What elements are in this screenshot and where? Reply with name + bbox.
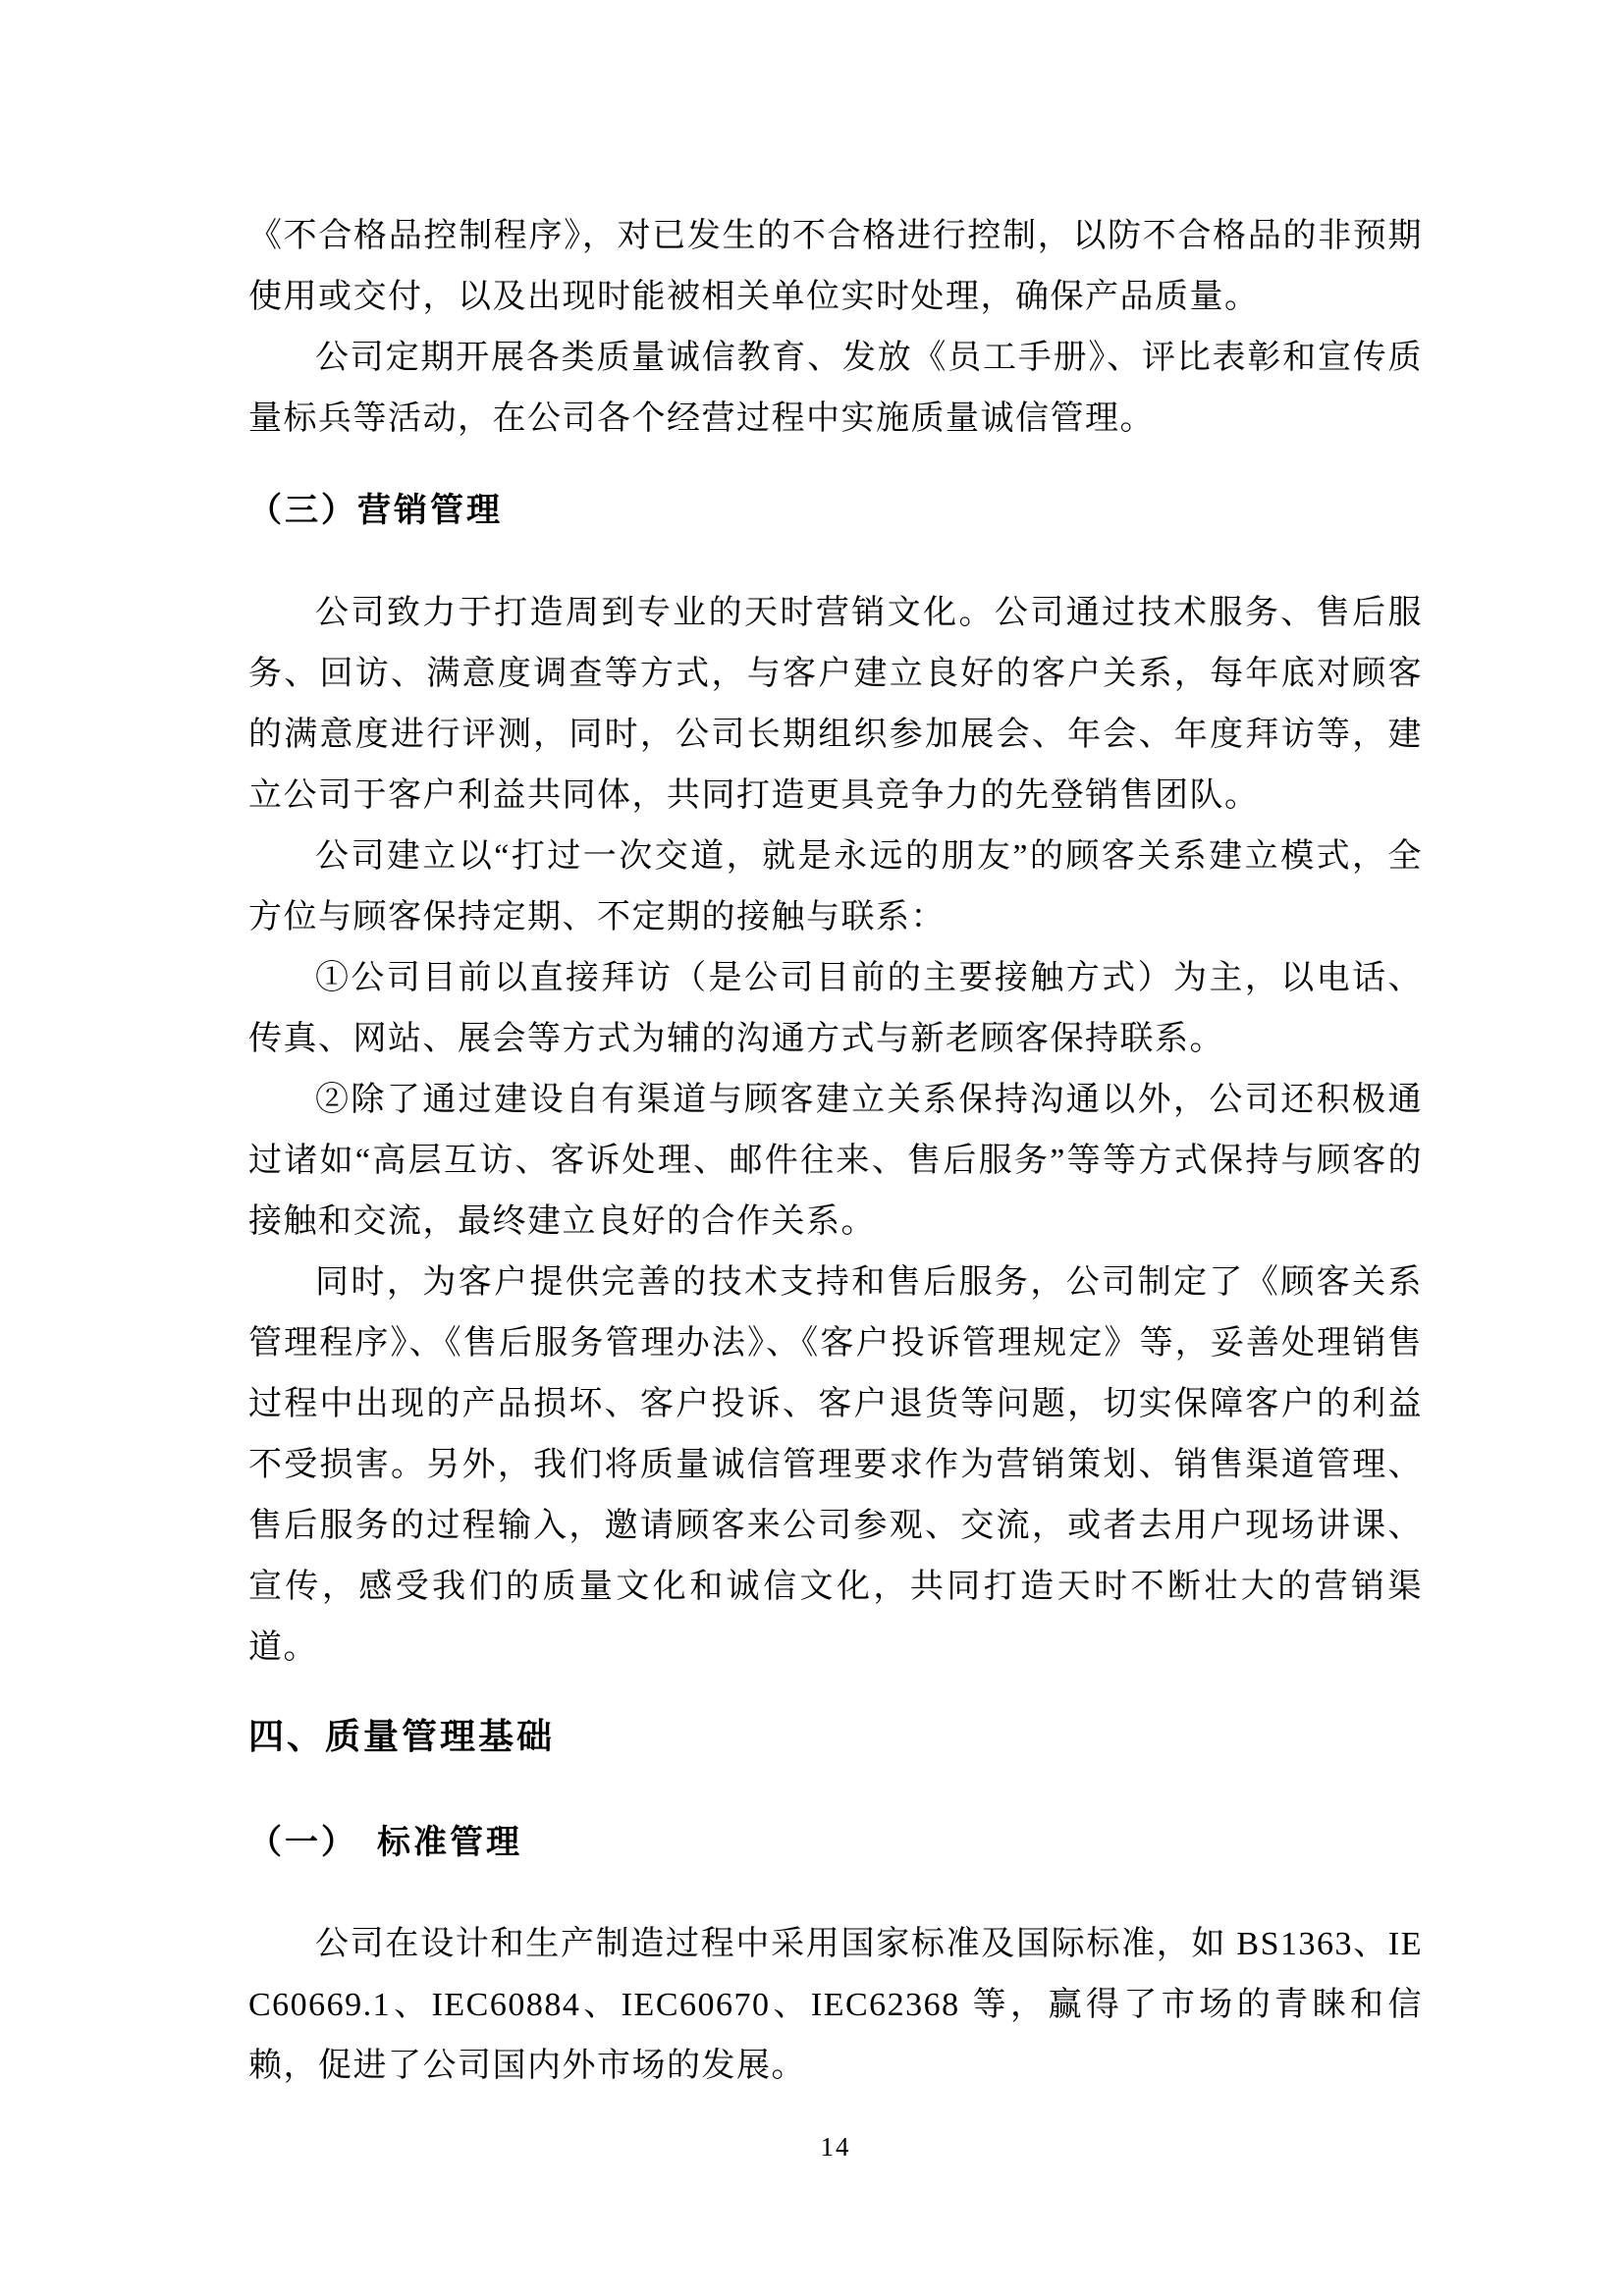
- document-body: 《不合格品控制程序》，对已发生的不合格进行控制，以防不合格品的非预期使用或交付，…: [248, 206, 1423, 2097]
- section-heading-marketing-management: （三）营销管理: [248, 480, 1423, 541]
- body-paragraph: 同时，为客户提供完善的技术支持和售后服务，公司制定了《顾客关系管理程序》、《售后…: [248, 1253, 1423, 1679]
- body-paragraph-item-1: ①公司目前以直接拜访（是公司目前的主要接触方式）为主，以电话、传真、网站、展会等…: [248, 948, 1423, 1070]
- section-heading-standards-management: （一） 标准管理: [248, 1812, 1423, 1873]
- document-page: 《不合格品控制程序》，对已发生的不合格进行控制，以防不合格品的非预期使用或交付，…: [0, 0, 1624, 2296]
- body-paragraph: 公司建立以“打过一次交道，就是永远的朋友”的顾客关系建立模式，全方位与顾客保持定…: [248, 827, 1423, 948]
- body-paragraph: 公司致力于打造周到专业的天时营销文化。公司通过技术服务、售后服务、回访、满意度调…: [248, 583, 1423, 827]
- page-number: 14: [248, 2132, 1423, 2163]
- body-paragraph-continued: 《不合格品控制程序》，对已发生的不合格进行控制，以防不合格品的非预期使用或交付，…: [248, 206, 1423, 328]
- chapter-heading-quality-management-foundation: 四、质量管理基础: [248, 1706, 1423, 1767]
- body-paragraph: 公司定期开展各类质量诚信教育、发放《员工手册》、评比表彰和宣传质量标兵等活动，在…: [248, 328, 1423, 450]
- body-paragraph: 公司在设计和生产制造过程中采用国家标准及国际标准，如 BS1363、IEC606…: [248, 1914, 1423, 2097]
- body-paragraph-item-2: ②除了通过建设自有渠道与顾客建立关系保持沟通以外，公司还积极通过诸如“高层互访、…: [248, 1070, 1423, 1253]
